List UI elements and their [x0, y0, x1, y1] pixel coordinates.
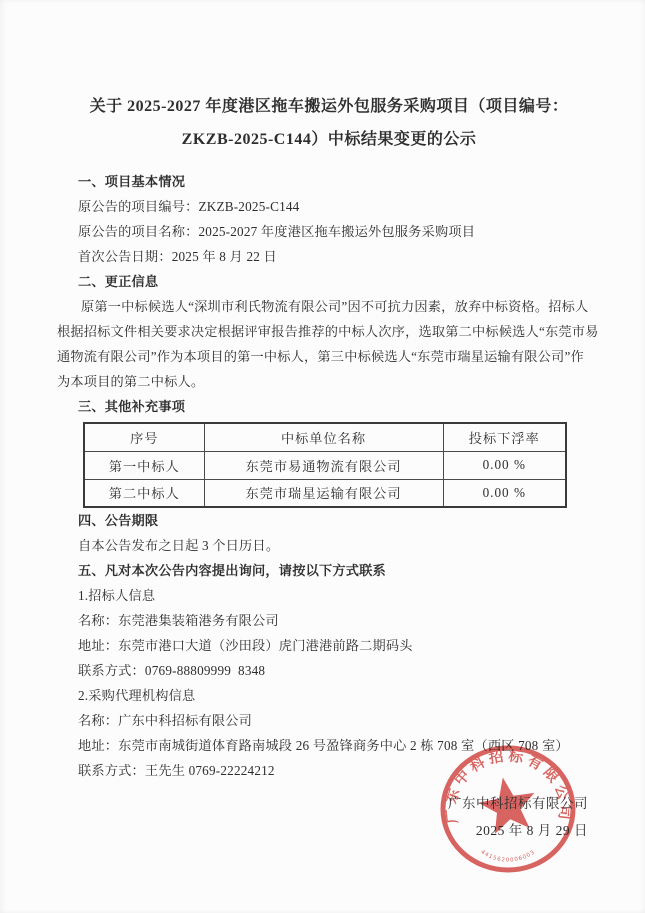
- table-cell-company: 东莞市易通物流有限公司: [204, 451, 443, 479]
- table-header-row: 序号 中标单位名称 投标下浮率: [84, 423, 566, 451]
- seal-serial-number: 4415620006003: [480, 849, 537, 863]
- correction-paragraph-line: 通物流有限公司”作为本项目的第一中标人，第三中标候选人“东莞市瑞星运输有限公司”…: [57, 344, 601, 369]
- table-cell-rank: 第二中标人: [84, 479, 204, 507]
- table-cell-rate: 0.00 %: [443, 479, 566, 507]
- tenderer-info-title: 1.招标人信息: [57, 583, 601, 608]
- winners-table: 序号 中标单位名称 投标下浮率 第一中标人 东莞市易通物流有限公司 0.00 %…: [83, 422, 567, 508]
- original-project-code-line: 原公告的项目编号：ZKZB-2025-C144: [57, 194, 601, 219]
- signature-date: 2025 年 8 月 29 日: [448, 817, 588, 844]
- section3-heading: 三、其他补充事项: [57, 394, 601, 419]
- correction-paragraph-line: 根据招标文件相关要求决定根据评审报告推荐的中标人次序，选取第二中标候选人“东莞市…: [57, 319, 601, 344]
- document-body: 关于 2025-2027 年度港区拖车搬运外包服务采购项目（项目编号： ZKZB…: [57, 90, 601, 783]
- table-header-seq: 序号: [84, 423, 204, 451]
- svg-text:4415620006003: 4415620006003: [480, 849, 537, 863]
- agency-info-title: 2.采购代理机构信息: [57, 683, 601, 708]
- section5-heading: 五、凡对本次公告内容提出询问，请按以下方式联系: [57, 558, 601, 583]
- document-title-line1: 关于 2025-2027 年度港区拖车搬运外包服务采购项目（项目编号：: [57, 90, 601, 123]
- correction-paragraph-line: 为本项目的第二中标人。: [57, 369, 601, 394]
- table-header-unit-name: 中标单位名称: [204, 423, 443, 451]
- table-row: 第二中标人 东莞市瑞星运输有限公司 0.00 %: [84, 479, 566, 507]
- tenderer-contact-line: 联系方式：0769-88809999 8348: [57, 658, 601, 683]
- section1-heading: 一、项目基本情况: [57, 169, 601, 194]
- original-project-name-line: 原公告的项目名称：2025-2027 年度港区拖车搬运外包服务采购项目: [57, 219, 601, 244]
- correction-paragraph-line: 原第一中标候选人“深圳市利氏物流有限公司”因不可抗力因素，放弃中标资格。招标人: [57, 294, 601, 319]
- signature-company: 广东中科招标有限公司: [448, 790, 588, 817]
- table-cell-company: 东莞市瑞星运输有限公司: [204, 479, 443, 507]
- first-announce-date-line: 首次公告日期：2025 年 8 月 22 日: [57, 244, 601, 269]
- document-title: 关于 2025-2027 年度港区拖车搬运外包服务采购项目（项目编号： ZKZB…: [57, 90, 601, 156]
- tenderer-address-line: 地址：东莞市港口大道（沙田段）虎门港港前路二期码头: [57, 633, 601, 658]
- announcement-duration-line: 自本公告发布之日起 3 个日历日。: [57, 533, 601, 558]
- tenderer-name-line: 名称：东莞港集装箱港务有限公司: [57, 608, 601, 633]
- signature-block: 广东中科招标有限公司 2025 年 8 月 29 日: [448, 790, 588, 844]
- section2-heading: 二、更正信息: [57, 269, 601, 294]
- table-row: 第一中标人 东莞市易通物流有限公司 0.00 %: [84, 451, 566, 479]
- agency-name-line: 名称：广东中科招标有限公司: [57, 708, 601, 733]
- table-cell-rate: 0.00 %: [443, 451, 566, 479]
- table-header-rate: 投标下浮率: [443, 423, 566, 451]
- table-cell-rank: 第一中标人: [84, 451, 204, 479]
- document-title-line2: ZKZB-2025-C144）中标结果变更的公示: [57, 123, 601, 156]
- scanned-announcement-page: 关于 2025-2027 年度港区拖车搬运外包服务采购项目（项目编号： ZKZB…: [0, 0, 645, 913]
- section4-heading: 四、公告期限: [57, 508, 601, 533]
